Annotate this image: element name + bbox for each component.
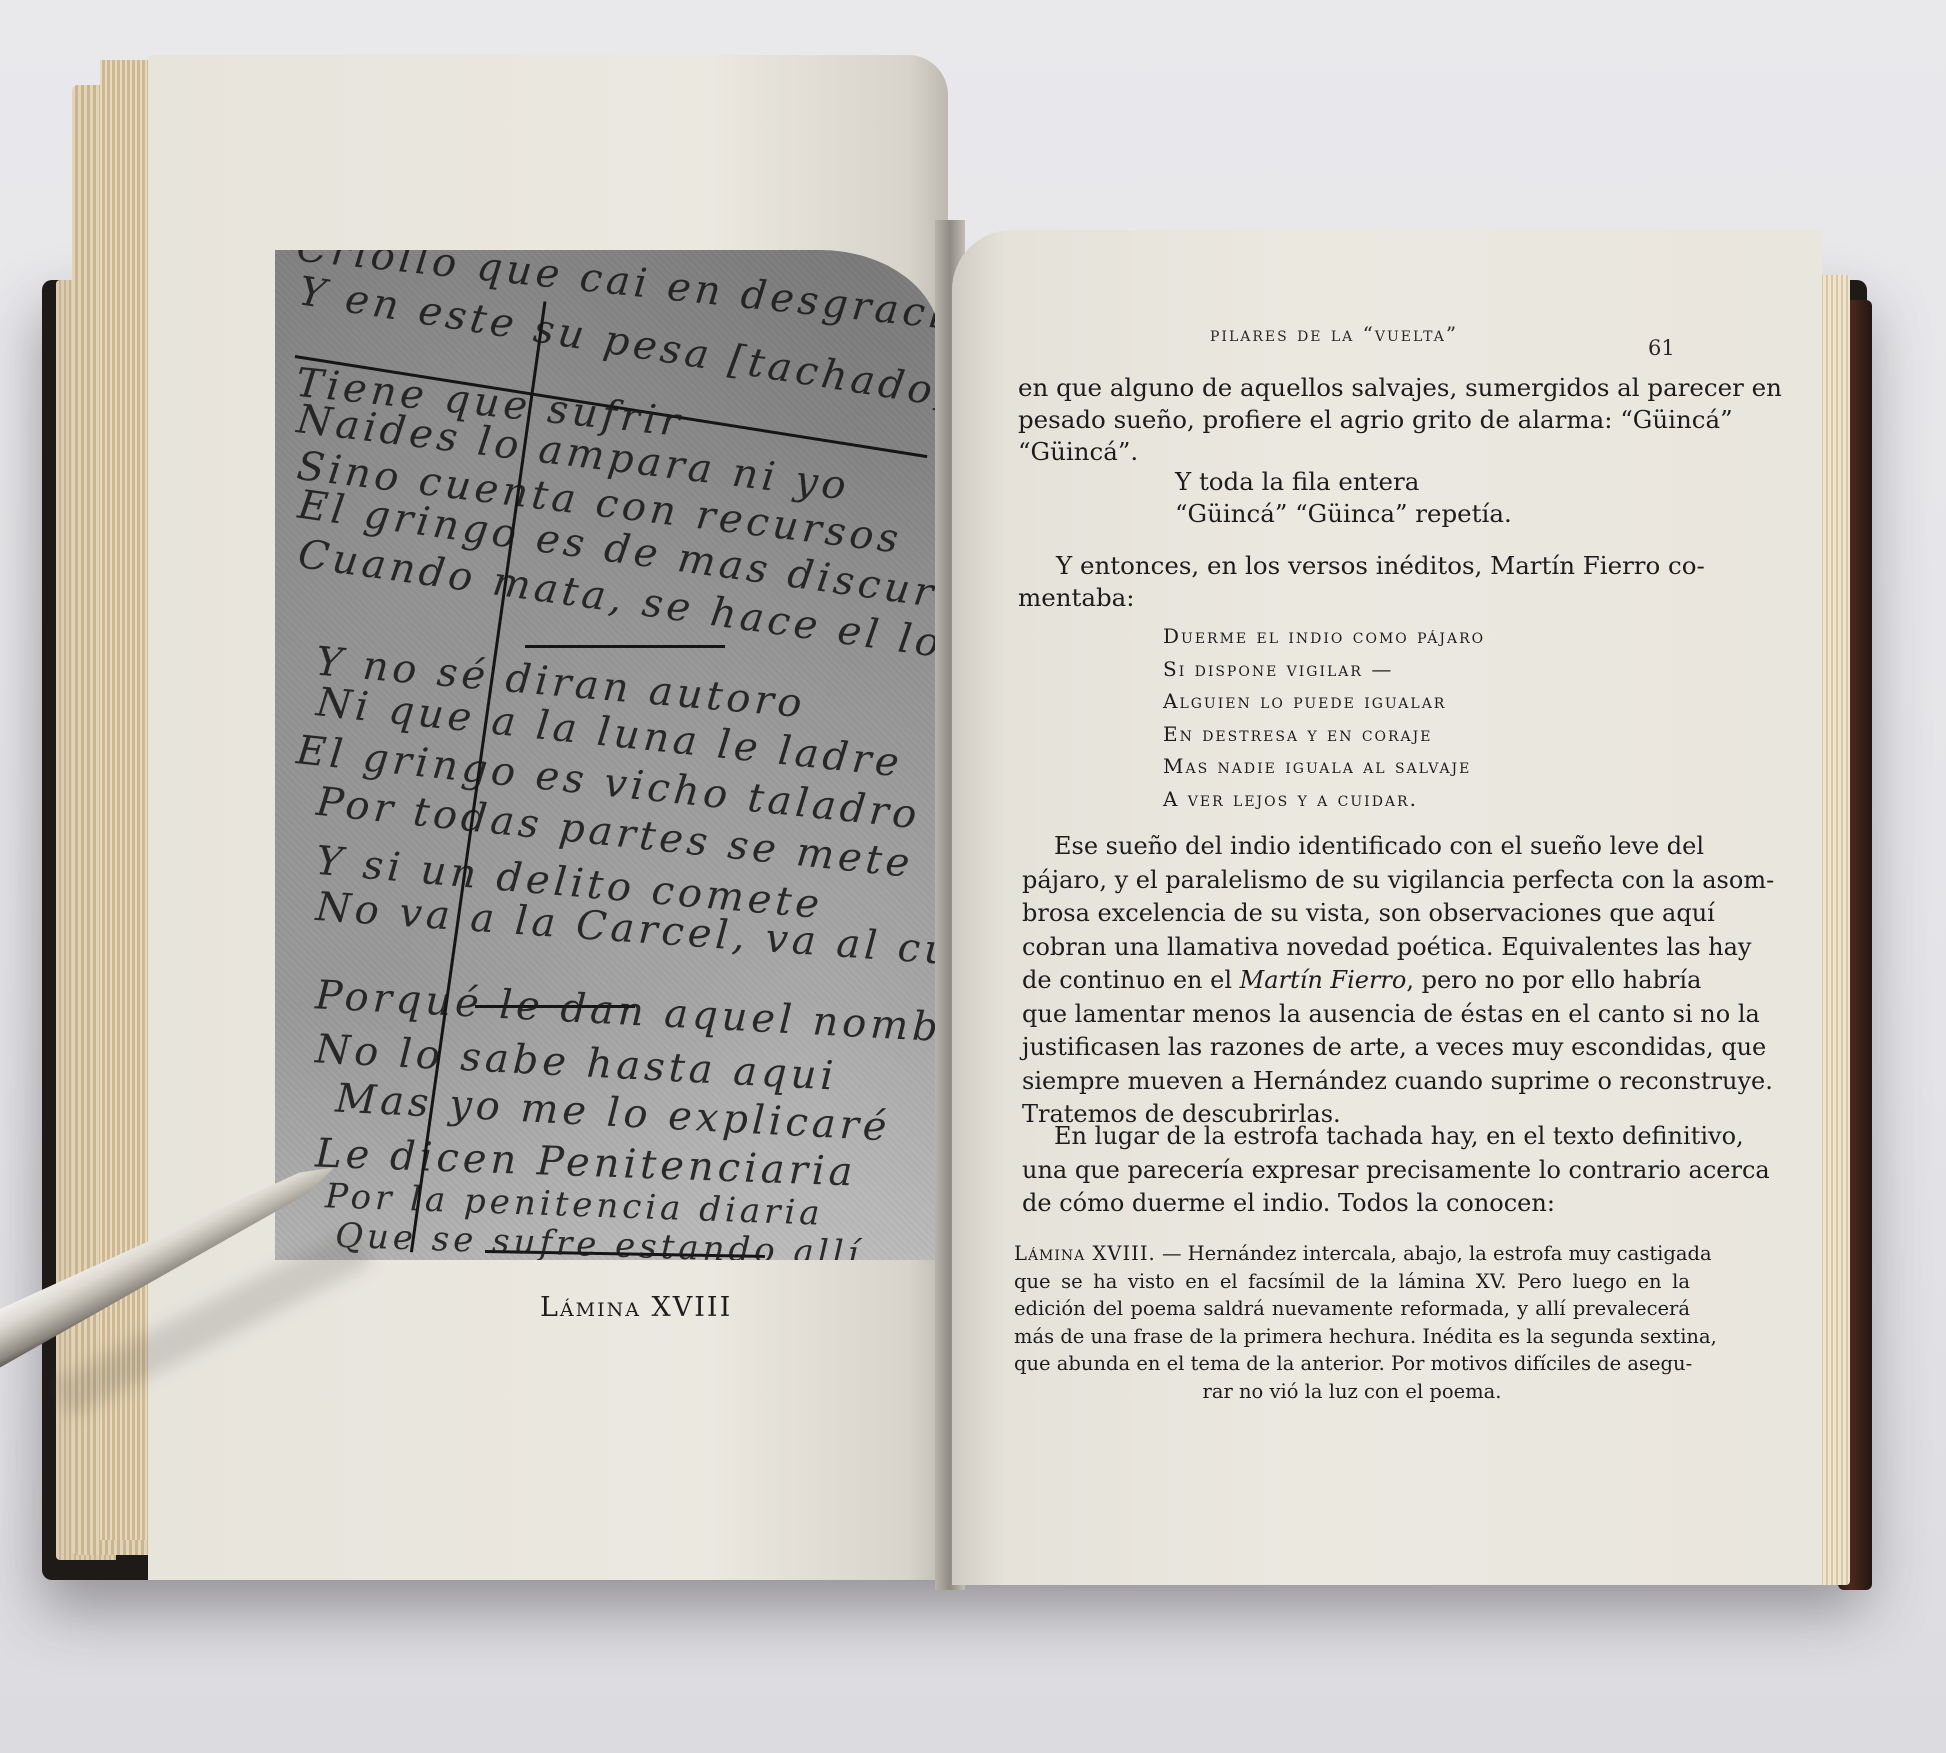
verse-line: Y toda la fila entera [1175,466,1512,498]
manuscript-facsimile-plate: Criollo que cai en desgracia Y en este s… [275,250,940,1260]
text-line: En lugar de la estrofa tachada hay, en e… [1022,1120,1692,1154]
text-line: justificasen las razones de arte, a vece… [1022,1031,1692,1065]
verse-line: En destresa y en coraje [1163,718,1485,751]
text-line: pesado sueño, profiere el agrio grito de… [1018,404,1688,436]
page-edges-left-inner [100,60,150,1540]
verse-line: Si dispone vigilar — [1163,653,1485,686]
book-title: Martín Fierro [1240,966,1407,994]
verse-line: Alguien lo puede igualar [1163,685,1485,718]
note-line: más de una frase de la primera hechura. … [1014,1323,1690,1351]
paragraph-4: En lugar de la estrofa tachada hay, en e… [1022,1120,1692,1221]
verse-line: “Güincá” “Güinca” repetía. [1175,498,1512,530]
text-span: — Hernández intercala, abajo, la estrofa… [1156,1242,1712,1265]
text-line: de cómo duerme el indio. Todos la conoce… [1022,1187,1692,1221]
note-line: Lámina XVIII. — Hernández intercala, aba… [1014,1240,1690,1268]
text-line: mentaba: [1018,582,1688,614]
note-line: edición del poema saldrá nuevamente refo… [1014,1295,1690,1323]
verse-line: Duerme el indio como pájaro [1163,620,1485,653]
text-line: de continuo en el Martín Fierro, pero no… [1022,964,1692,998]
text-line: que lamentar menos la ausencia de éstas … [1022,998,1692,1032]
paragraph-2: Y entonces, en los versos inéditos, Mart… [1018,550,1688,614]
note-label: Lámina XVIII. [1014,1242,1156,1265]
text-line: siempre mueven a Hernández cuando suprim… [1022,1065,1692,1099]
note-line: que se ha visto en el facsímil de la lám… [1014,1268,1690,1296]
page-edges-right [1818,275,1850,1585]
paragraph-3: Ese sueño del indio identificado con el … [1022,830,1692,1132]
text-line: cobran una llamativa novedad poética. Eq… [1022,931,1692,965]
plate-note: Lámina XVIII. — Hernández intercala, aba… [1014,1240,1690,1405]
text-line: en que alguno de aquellos salvajes, sume… [1018,372,1688,404]
text-span: , pero no por ello habría [1406,966,1701,994]
verse-line: A ver lejos y a cuidar. [1163,783,1485,816]
text-line: una que parecería expresar precisamente … [1022,1154,1692,1188]
note-line: que abunda en el tema de la anterior. Po… [1014,1350,1690,1378]
text-line: pájaro, y el paralelismo de su vigilanci… [1022,864,1692,898]
paragraph-1: en que alguno de aquellos salvajes, sume… [1018,372,1688,468]
verse-quote-1: Y toda la fila entera “Güincá” “Güinca” … [1175,466,1512,530]
note-line: rar no vió la luz con el poema. [1014,1378,1690,1406]
page-number: 61 [1648,336,1675,360]
text-line: “Güincá”. [1018,436,1688,468]
divider-stroke [525,645,725,648]
unpublished-sextina: Duerme el indio como pájaro Si dispone v… [1163,620,1485,815]
verse-line: Mas nadie iguala al salvaje [1163,750,1485,783]
plate-caption: Lámina XVIII [540,1292,732,1323]
running-head: pilares de la “vuelta” [1210,322,1458,346]
text-span: de continuo en el [1022,966,1240,994]
text-line: Ese sueño del indio identificado con el … [1022,830,1692,864]
text-line: brosa excelencia de su vista, son observ… [1022,897,1692,931]
text-line: Y entonces, en los versos inéditos, Mart… [1018,550,1688,582]
